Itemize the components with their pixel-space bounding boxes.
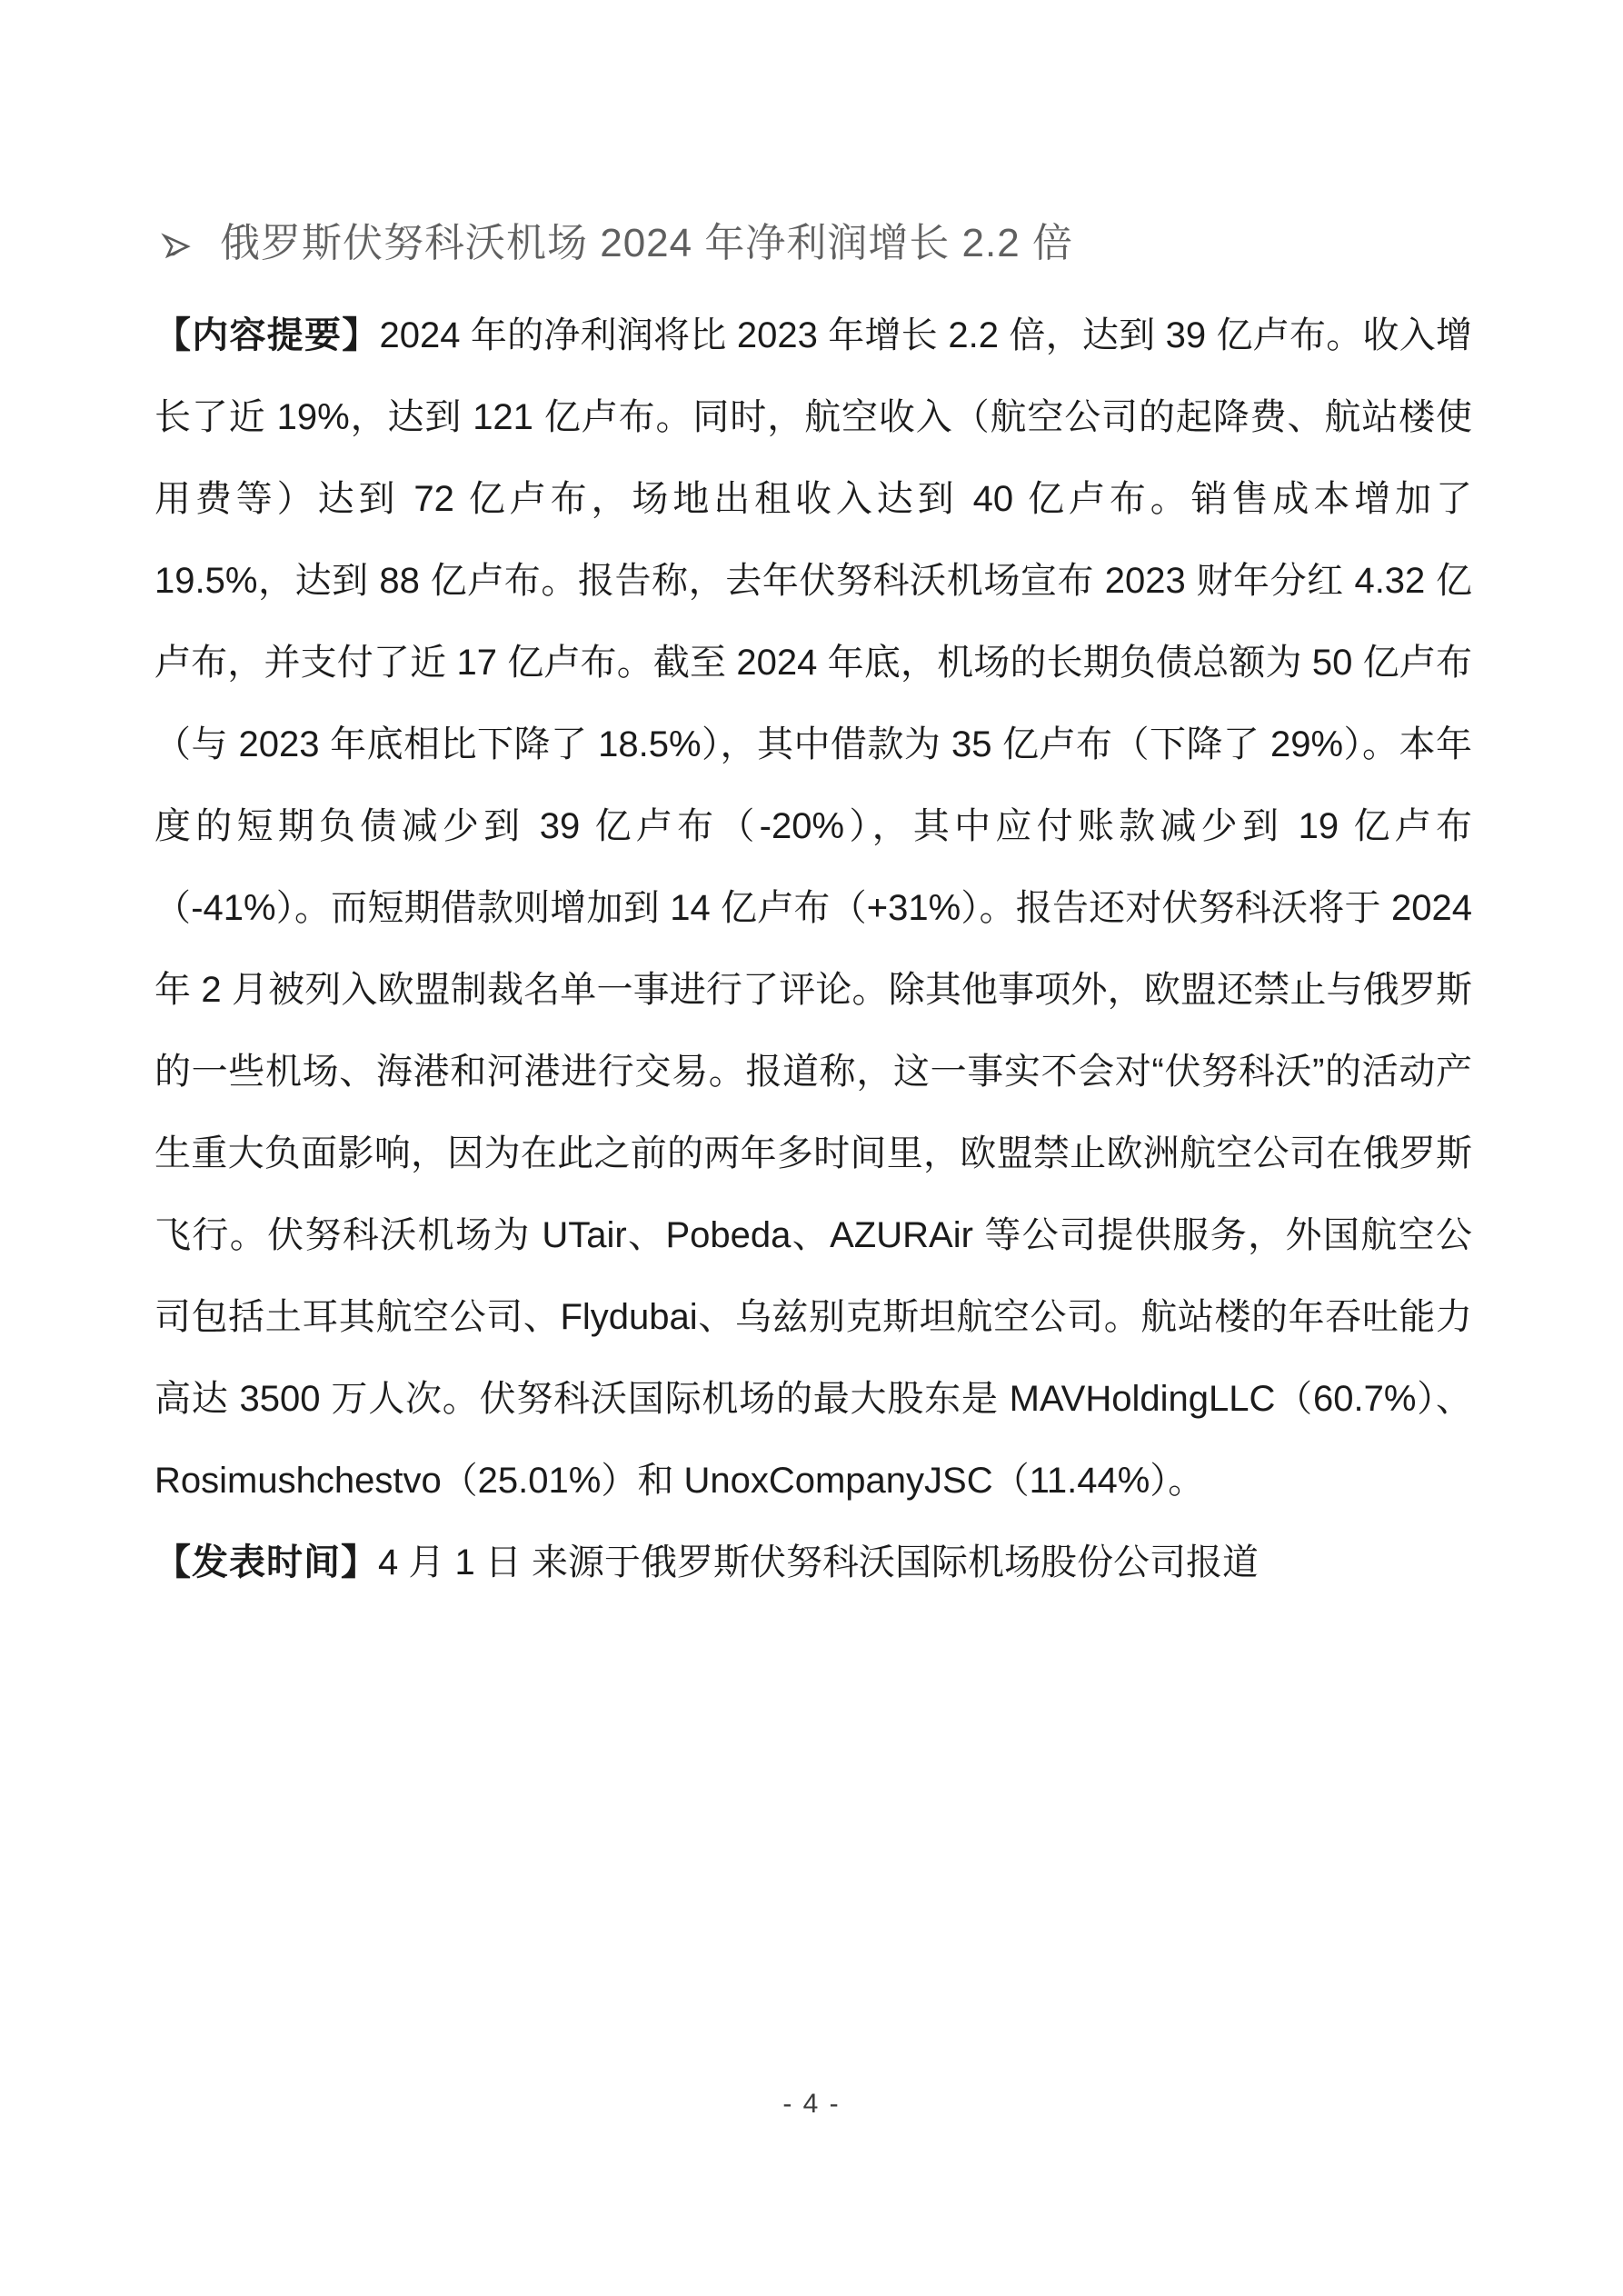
summary-paragraph: 【内容提要】2024 年的净利润将比 2023 年增长 2.2 倍，达到 39 … [154, 294, 1472, 1522]
publish-date-label: 【发表时间】 [154, 1542, 378, 1582]
summary-text: 2024 年的净利润将比 2023 年增长 2.2 倍，达到 39 亿卢布。收入… [154, 315, 1472, 1501]
arrowhead-bullet-icon [158, 226, 196, 265]
document-page: 俄罗斯伏努科沃机场 2024 年净利润增长 2.2 倍 【内容提要】2024 年… [0, 0, 1623, 2296]
page-number: - 4 - [0, 2089, 1623, 2120]
section-title: 俄罗斯伏努科沃机场 2024 年净利润增长 2.2 倍 [220, 221, 1073, 267]
section-heading: 俄罗斯伏努科沃机场 2024 年净利润增长 2.2 倍 [158, 221, 1472, 267]
summary-label: 【内容提要】 [154, 315, 379, 355]
publish-date-text: 4 月 1 日 来源于俄罗斯伏努科沃国际机场股份公司报道 [378, 1542, 1259, 1582]
publish-info-paragraph: 【发表时间】4 月 1 日 来源于俄罗斯伏努科沃国际机场股份公司报道 [154, 1522, 1472, 1603]
